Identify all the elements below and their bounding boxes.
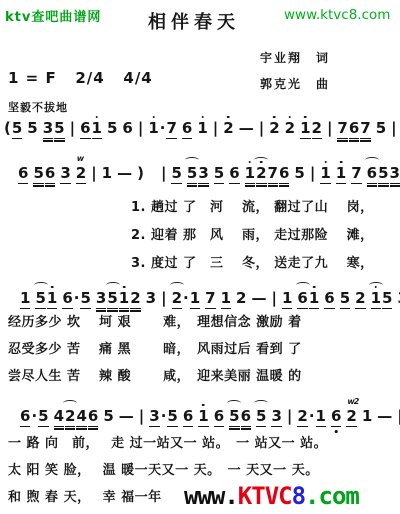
lyric-line: 忍受多少 苦 痛 黑 暗， 风雨过后 看到 了 xyxy=(8,338,302,365)
dash-note: — xyxy=(239,120,254,137)
note-token: 6 xyxy=(229,165,239,184)
note-token: 5 xyxy=(12,120,22,139)
note-token: 2 xyxy=(269,120,279,137)
note-token: 2 xyxy=(65,408,75,427)
note-token: · xyxy=(309,408,315,425)
watermark-8: 8 xyxy=(292,482,305,510)
mordent-mark-icon: w xyxy=(77,155,83,163)
barline: | xyxy=(271,290,276,307)
note-token: 6 xyxy=(297,290,307,309)
music-line-1: (5535|6156|1·761|2—|2212|7675| xyxy=(4,118,400,144)
dash-note: — xyxy=(117,165,132,182)
octave-dot-above-icon xyxy=(289,116,292,119)
note-token: 7 xyxy=(268,165,278,184)
slur-arc-icon xyxy=(227,400,241,406)
barline: | xyxy=(391,120,396,137)
octave-dot-above-icon xyxy=(201,116,204,119)
note-token: 4 xyxy=(54,408,64,427)
note-token: 6 xyxy=(183,408,193,427)
note-token: · xyxy=(161,408,167,425)
note-token: 5 xyxy=(38,408,48,427)
note-token: 2 xyxy=(236,290,246,307)
verse-lyrics-block: 1. 趟过 了 河 流， 翻过了山 岗，2. 迎着 那 风 雨， 走过那险 滩，… xyxy=(131,196,374,280)
note-token: 5 xyxy=(33,165,43,184)
slur-arc-icon xyxy=(106,282,120,288)
note-token: 2w xyxy=(76,165,86,184)
note-token: 1 xyxy=(198,408,208,427)
note-token: 6 xyxy=(324,290,334,309)
note-token: 2 xyxy=(130,290,140,309)
note-token: 5 xyxy=(80,290,90,309)
note-token: 2 xyxy=(285,120,295,137)
note-token: 6 xyxy=(349,120,359,139)
note-token: 5 xyxy=(107,120,117,137)
note-token: 3 xyxy=(198,165,208,184)
slur-arc-icon xyxy=(34,282,48,288)
note-token: 7 xyxy=(351,165,361,184)
note-token: 2 xyxy=(172,290,182,309)
slur-arc-icon xyxy=(254,400,268,406)
barline: | xyxy=(139,408,144,425)
lyric-line: 尝尽人生 苦 辣 酸 咸， 迎来美丽 温暖 的 xyxy=(8,365,302,392)
note-token: 6 xyxy=(45,165,55,184)
note-token: 7 xyxy=(360,120,370,139)
note-token: 1 xyxy=(47,290,57,309)
note-token: 5 xyxy=(340,290,350,309)
slur-arc-icon xyxy=(185,157,199,163)
note-token: 2w2 xyxy=(346,408,356,427)
note-token: 1 xyxy=(300,120,310,139)
note-token: 1 xyxy=(336,165,346,184)
slur-arc-icon xyxy=(170,282,184,288)
note-token: 2 xyxy=(297,408,307,427)
note-token: 3 xyxy=(60,165,70,184)
note-token: 5 xyxy=(294,165,304,182)
music-line-4: 6·542465—|3·56165653|2·162w21—| xyxy=(20,406,400,432)
barline: | xyxy=(138,120,143,137)
note-token: 1 xyxy=(320,165,330,184)
note-token: 1 xyxy=(92,120,102,139)
barline: | xyxy=(327,120,332,137)
slur-arc-icon xyxy=(369,282,383,288)
watermark-www: www. xyxy=(184,482,238,510)
dash-note: — xyxy=(251,290,266,307)
octave-dot-above-icon xyxy=(95,116,98,119)
note-token: ) xyxy=(137,165,144,182)
note-token: 4 xyxy=(76,408,86,427)
lyric-line: 1. 趟过 了 河 流， 翻过了山 岗， xyxy=(131,196,374,224)
octave-dot-above-icon xyxy=(249,161,252,164)
note-token: 6 xyxy=(331,408,341,427)
lyric-line: 2. 迎着 那 风 雨， 走过那险 滩， xyxy=(131,224,374,252)
lyric-line: 经历多少 坎 坷 艰 难， 理想信念 激励 着 xyxy=(8,311,302,338)
note-token: 1 xyxy=(316,408,326,427)
note-token: 5 xyxy=(167,408,177,427)
note-token: 1 xyxy=(197,120,207,137)
composer-credit: 郭克光 曲 xyxy=(260,75,330,92)
octave-dot-above-icon xyxy=(202,404,205,407)
note-token: ( xyxy=(4,120,11,137)
key-signature: 1 = F 2/4 4/4 xyxy=(8,69,153,87)
note-token: 5 xyxy=(103,408,113,425)
note-token: · xyxy=(183,290,189,307)
note-token: 1 xyxy=(102,165,112,182)
note-token: 5 xyxy=(378,165,388,184)
note-token: 6 xyxy=(80,120,90,139)
octave-dot-above-icon xyxy=(340,161,343,164)
note-token: · xyxy=(74,290,80,307)
octave-dot-above-icon xyxy=(304,116,307,119)
note-token: 6 xyxy=(20,408,30,427)
note-token: 6 xyxy=(182,120,192,139)
slur-arc-icon xyxy=(254,157,268,163)
dash-note: — xyxy=(119,408,134,425)
site-name-watermark: ktv查吧曲谱网 xyxy=(5,6,101,25)
note-token: · xyxy=(31,408,37,425)
note-token: 5 xyxy=(382,290,392,309)
barline: | xyxy=(310,165,315,182)
note-token: 1 xyxy=(309,290,319,309)
sheet-music-page: ktv查吧曲谱网 相伴春天 www.ktvc8.com 宇业翔 词 1 = F … xyxy=(0,0,400,514)
note-token: 6 xyxy=(62,290,72,309)
watermark-ktvc: KTVC xyxy=(238,482,292,510)
note-token: 1 xyxy=(371,290,381,309)
note-token: 2 xyxy=(256,165,266,184)
note-token: 2 xyxy=(312,120,322,139)
note-token: 3 xyxy=(43,120,53,139)
note-token: · xyxy=(160,120,166,137)
note-token: 2 xyxy=(223,120,233,137)
barline: | xyxy=(91,165,96,182)
note-token: 2 xyxy=(355,290,365,309)
barline: | xyxy=(259,120,264,137)
note-token: 6 xyxy=(18,165,28,184)
middle-lyrics-block: 经历多少 坎 坷 艰 难， 理想信念 激励 着忍受多少 苦 痛 黑 暗， 风雨过… xyxy=(8,311,302,392)
barline: | xyxy=(161,165,166,182)
lyricist-credit: 宇业翔 词 xyxy=(260,49,330,66)
note-token: 3 xyxy=(271,408,281,427)
note-token: 1 xyxy=(148,120,158,137)
barline: | xyxy=(287,408,292,425)
octave-dot-below-icon xyxy=(335,430,338,433)
note-token: 1 xyxy=(245,165,255,184)
note-token: 3 xyxy=(96,290,106,309)
octave-dot-above-icon xyxy=(51,286,54,289)
site-url-watermark: www.ktvc8.com xyxy=(284,7,390,23)
note-token: 5 xyxy=(27,120,37,137)
note-token: 6 xyxy=(122,120,132,137)
note-token: 1 xyxy=(362,408,372,425)
note-token: 6 xyxy=(367,165,377,184)
note-token: 7 xyxy=(205,290,215,309)
note-token: 5 xyxy=(54,120,64,139)
note-token: 1 xyxy=(282,290,292,309)
octave-dot-above-icon xyxy=(313,286,316,289)
note-token: 1 xyxy=(221,290,231,309)
watermark-com: .com xyxy=(305,482,359,510)
barline: | xyxy=(161,290,166,307)
note-token: 3 xyxy=(146,290,156,307)
note-token: 5 xyxy=(187,165,197,184)
note-token: 5 xyxy=(214,165,224,184)
octave-dot-above-icon xyxy=(324,161,327,164)
mordent-mark-icon: w2 xyxy=(347,398,358,406)
slur-arc-icon xyxy=(296,282,310,288)
note-token: 3 xyxy=(149,408,159,427)
barline: | xyxy=(213,120,218,137)
lyric-line: 3. 度过 了 三 冬， 送走了九 寒， xyxy=(131,252,374,280)
slur-arc-icon xyxy=(63,400,77,406)
music-line-2: 65632w|1—)|5535612765|11765356—| xyxy=(18,163,400,189)
note-token: 5 xyxy=(229,408,239,427)
barline: | xyxy=(70,120,75,137)
octave-dot-above-icon xyxy=(227,116,230,119)
note-token: 7 xyxy=(166,120,176,139)
note-token: 5 xyxy=(35,290,45,309)
note-token: 5 xyxy=(256,408,266,427)
note-token: 5 xyxy=(376,120,386,137)
slur-arc-icon xyxy=(365,157,379,163)
note-token: 7 xyxy=(337,120,347,139)
octave-dot-above-icon xyxy=(273,116,276,119)
note-token: 1 xyxy=(190,290,200,309)
note-token: 6 xyxy=(241,408,251,427)
note-token: 6 xyxy=(279,165,289,184)
watermark-logo: www.KTVC8.com xyxy=(183,481,360,511)
octave-dot-above-icon xyxy=(152,116,155,119)
lyric-line: 一 路 向 前， 走 过一站又一 站。 一 站又一 站。 xyxy=(8,432,327,459)
note-token: 1 xyxy=(20,290,30,309)
song-title: 相伴春天 xyxy=(148,8,240,34)
note-token: 6 xyxy=(214,408,224,427)
note-token: 6 xyxy=(88,408,98,427)
note-token: 3 xyxy=(390,165,400,184)
octave-dot-above-icon xyxy=(123,286,126,289)
dash-note: — xyxy=(377,408,392,425)
note-token: 5 xyxy=(171,165,181,184)
note-token: 1 xyxy=(119,290,129,309)
note-token: 5 xyxy=(107,290,117,309)
tempo-marking: 坚毅不拔地 xyxy=(8,99,68,115)
